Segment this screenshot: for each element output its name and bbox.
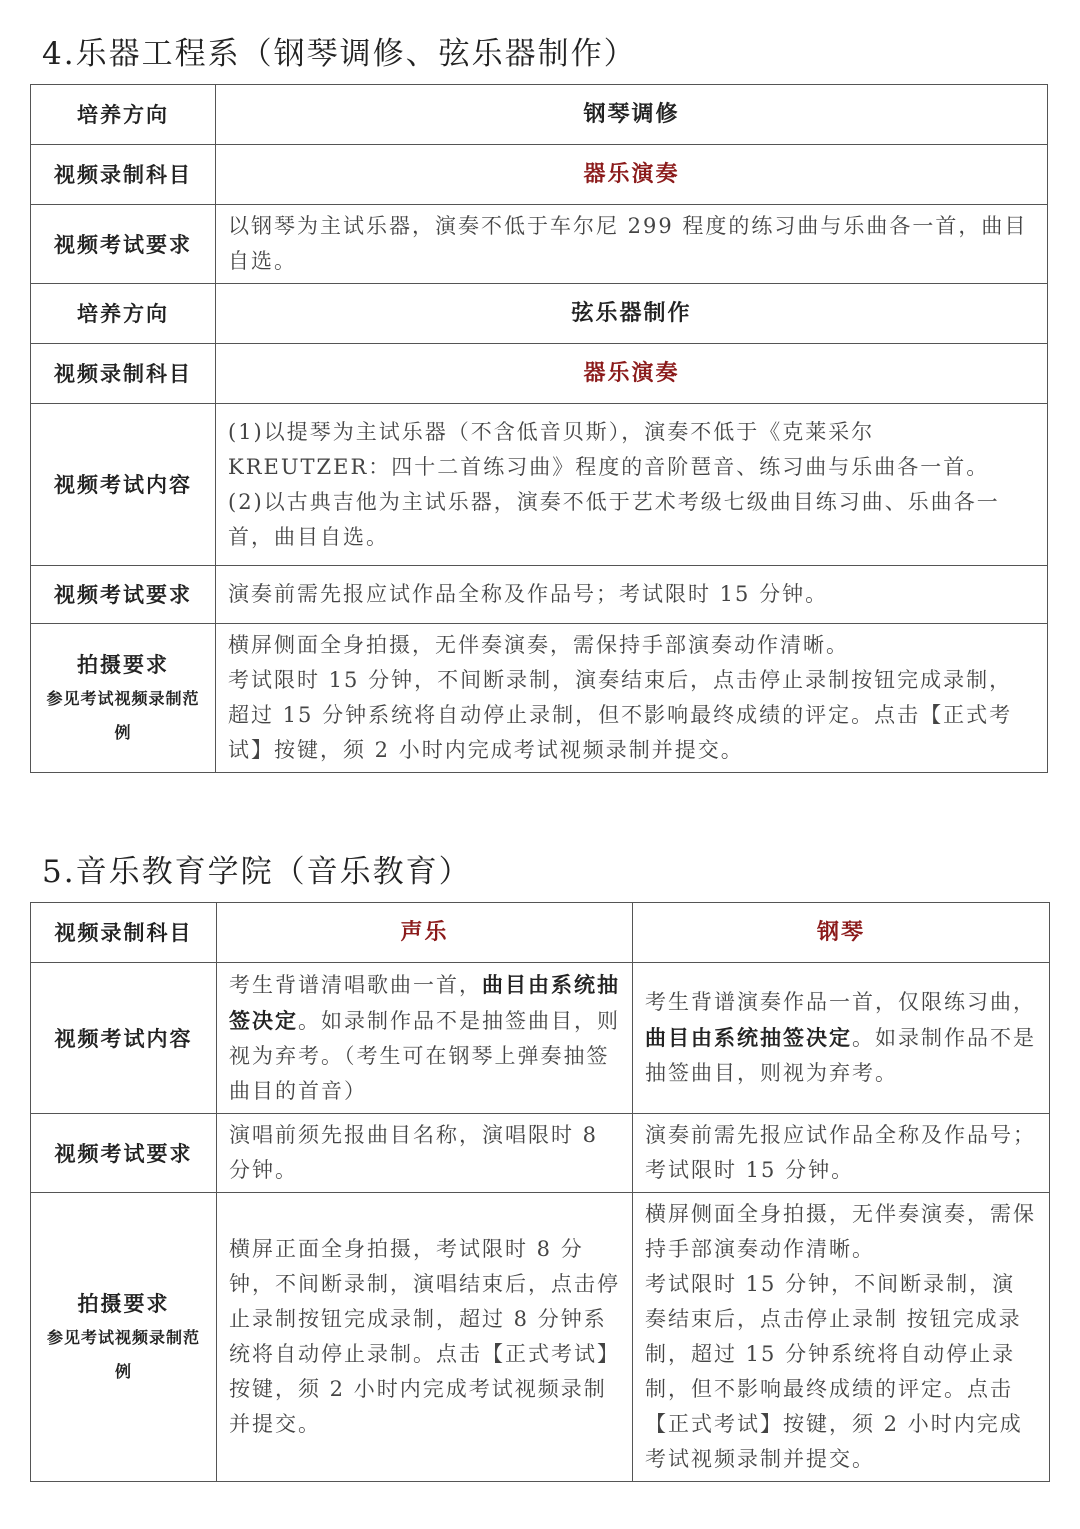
- content-label: 视频考试内容: [31, 963, 217, 1114]
- subject-value: 器乐演奏: [216, 344, 1048, 404]
- piano-content: 考生背谱演奏作品一首，仅限练习曲，曲目由系统抽签决定。如录制作品不是抽签曲目，则…: [633, 963, 1050, 1114]
- text: 考生背谱清唱歌曲一首，: [229, 973, 482, 997]
- column-vocal: 声乐: [217, 903, 633, 963]
- shooting-line-2: 考试限时 15 分钟，不间断录制，演奏结束后，点击停止录制 按钮完成录制，超过 …: [645, 1267, 1037, 1477]
- content-item-1: (1)以提琴为主试乐器（不含低音贝斯），演奏不低于《克莱采尔 KREUTZER：…: [228, 415, 1035, 485]
- bold-text: 曲目由系统抽签决定: [645, 1025, 852, 1050]
- shooting-label: 拍摄要求 参见考试视频录制范例: [31, 624, 216, 773]
- content-item-2: (2)以古典吉他为主试乐器，演奏不低于艺术考级七级曲目练习曲、乐曲各一首，曲目自…: [228, 485, 1035, 555]
- section-5-title: 5.音乐教育学院（音乐教育）: [42, 846, 472, 891]
- text: 考生背谱演奏作品一首，仅限练习曲，: [645, 990, 1036, 1014]
- requirement-label: 视频考试要求: [31, 566, 216, 624]
- shooting-line-1: 横屏侧面全身拍摄，无伴奏演奏，需保持手部演奏动作清晰。: [228, 628, 1035, 663]
- direction-value: 钢琴调修: [216, 85, 1048, 145]
- subject-label: 视频录制科目: [31, 903, 217, 963]
- piano-shooting: 横屏侧面全身拍摄，无伴奏演奏，需保持手部演奏动作清晰。 考试限时 15 分钟，不…: [633, 1193, 1050, 1482]
- requirement-label: 视频考试要求: [31, 205, 216, 284]
- direction-label: 培养方向: [31, 85, 216, 145]
- content-value: (1)以提琴为主试乐器（不含低音贝斯），演奏不低于《克莱采尔 KREUTZER：…: [216, 404, 1048, 566]
- shooting-value: 横屏侧面全身拍摄，无伴奏演奏，需保持手部演奏动作清晰。 考试限时 15 分钟，不…: [216, 624, 1048, 773]
- shooting-label-sub: 参见考试视频录制范例: [43, 1321, 204, 1389]
- piano-requirement: 演奏前需先报应试作品全称及作品号；考试限时 15 分钟。: [633, 1114, 1050, 1193]
- requirement-value: 演奏前需先报应试作品全称及作品号；考试限时 15 分钟。: [216, 566, 1048, 624]
- subject-label: 视频录制科目: [31, 344, 216, 404]
- vocal-content: 考生背谱清唱歌曲一首，曲目由系统抽签决定。如录制作品不是抽签曲目，则视为弃考。（…: [217, 963, 633, 1114]
- shooting-label: 拍摄要求 参见考试视频录制范例: [31, 1193, 217, 1482]
- direction-value: 弦乐器制作: [216, 284, 1048, 344]
- requirement-value: 以钢琴为主试乐器，演奏不低于车尔尼 299 程度的练习曲与乐曲各一首，曲目自选。: [216, 205, 1048, 284]
- shooting-label-main: 拍摄要求: [77, 652, 169, 677]
- shooting-label-main: 拍摄要求: [78, 1291, 170, 1316]
- shooting-line-1: 横屏侧面全身拍摄，无伴奏演奏，需保持手部演奏动作清晰。: [645, 1197, 1037, 1267]
- shooting-label-sub: 参见考试视频录制范例: [43, 682, 203, 750]
- column-piano: 钢琴: [633, 903, 1050, 963]
- subject-label: 视频录制科目: [31, 145, 216, 205]
- section-5-table: 视频录制科目 声乐 钢琴 视频考试内容 考生背谱清唱歌曲一首，曲目由系统抽签决定…: [30, 902, 1050, 1482]
- requirement-label: 视频考试要求: [31, 1114, 217, 1193]
- section-4-table: 培养方向 钢琴调修 视频录制科目 器乐演奏 视频考试要求 以钢琴为主试乐器，演奏…: [30, 84, 1048, 773]
- direction-label: 培养方向: [31, 284, 216, 344]
- shooting-line-2: 考试限时 15 分钟，不间断录制，演奏结束后，点击停止录制按钮完成录制，超过 1…: [228, 663, 1035, 768]
- section-4-title: 4.乐器工程系（钢琴调修、弦乐器制作）: [42, 28, 637, 73]
- content-label: 视频考试内容: [31, 404, 216, 566]
- vocal-requirement: 演唱前须先报曲目名称，演唱限时 8 分钟。: [217, 1114, 633, 1193]
- subject-value: 器乐演奏: [216, 145, 1048, 205]
- vocal-shooting: 横屏正面全身拍摄，考试限时 8 分钟，不间断录制，演唱结束后，点击停止录制按钮完…: [217, 1193, 633, 1482]
